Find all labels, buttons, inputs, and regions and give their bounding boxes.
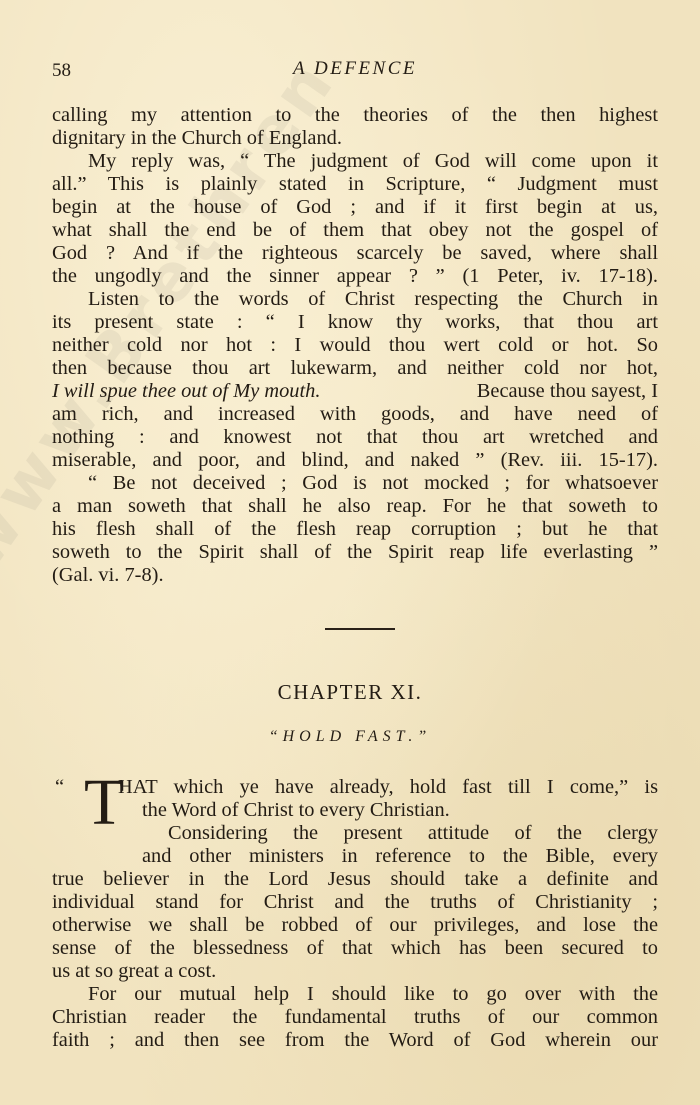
text-line: otherwise we shall be robbed of our priv… xyxy=(52,914,658,937)
text-line: true believer in the Lord Jesus should t… xyxy=(52,868,658,891)
text-line: Christian reader the fundamental truths … xyxy=(52,1006,658,1029)
text-line: a man soweth that shall he also reap. Fo… xyxy=(52,495,658,518)
running-header: 58 A DEFENCE xyxy=(52,58,658,84)
drop-cap: T xyxy=(84,772,124,834)
chapter-title: CHAPTER XI. xyxy=(0,680,700,705)
text-line: miserable, and poor, and blind, and nake… xyxy=(52,449,658,472)
text-line: us at so great a cost. xyxy=(52,960,658,983)
chapter-body: “ T HAT which ye have already, hold fast… xyxy=(52,776,658,1052)
paragraph-start: Listen to the words of Christ respecting… xyxy=(52,288,658,311)
text-line: HAT which ye have already, hold fast til… xyxy=(52,776,658,799)
running-title: A DEFENCE xyxy=(52,58,658,80)
section-divider xyxy=(325,628,395,630)
paragraph-start: My reply was, “ The judgment of God will… xyxy=(52,150,658,173)
text-line: and other ministers in reference to the … xyxy=(52,845,658,868)
text-line: what shall the end be of them that obey … xyxy=(52,219,658,242)
paragraph-start: For our mutual help I should like to go … xyxy=(52,983,658,1006)
text-line: all.” This is plainly stated in Scriptur… xyxy=(52,173,658,196)
opening-quote-mark: “ xyxy=(55,776,64,799)
text-line: individual stand for Christ and the trut… xyxy=(52,891,658,914)
text-line: his flesh shall of the flesh reap corrup… xyxy=(52,518,658,541)
text-line: calling my attention to the theories of … xyxy=(52,104,658,127)
paragraph-start: “ Be not deceived ; God is not mocked ; … xyxy=(52,472,658,495)
text-line: nothing : and knowest not that thou art … xyxy=(52,426,658,449)
paragraph-start: Considering the present attitude of the … xyxy=(52,822,658,845)
text-line: dignitary in the Church of England. xyxy=(52,127,658,150)
text-fragment: Because thou sayest, I xyxy=(477,380,658,403)
text-line: begin at the house of God ; and if it fi… xyxy=(52,196,658,219)
text-line: its present state : “ I know thy works, … xyxy=(52,311,658,334)
text-line-mixed: I will spue thee out of My mouth. Becaus… xyxy=(52,380,658,403)
text-line: then because thou art lukewarm, and neit… xyxy=(52,357,658,380)
text-line: God ? And if the righteous scarcely be s… xyxy=(52,242,658,265)
chapter-subtitle: “HOLD FAST.” xyxy=(0,728,700,746)
text-line: (Gal. vi. 7-8). xyxy=(52,564,658,587)
text-line: neither cold nor hot : I would thou wert… xyxy=(52,334,658,357)
text-line: am rich, and increased with goods, and h… xyxy=(52,403,658,426)
text-line: the ungodly and the sinner appear ? ” (1… xyxy=(52,265,658,288)
text-line: soweth to the Spirit shall of the Spirit… xyxy=(52,541,658,564)
text-line: faith ; and then see from the Word of Go… xyxy=(52,1029,658,1052)
italic-quote: I will spue thee out of My mouth. xyxy=(52,380,320,402)
text-line: the Word of Christ to every Christian. xyxy=(52,799,658,822)
section-continuation: calling my attention to the theories of … xyxy=(52,104,658,587)
text-line: sense of the blessedness of that which h… xyxy=(52,937,658,960)
